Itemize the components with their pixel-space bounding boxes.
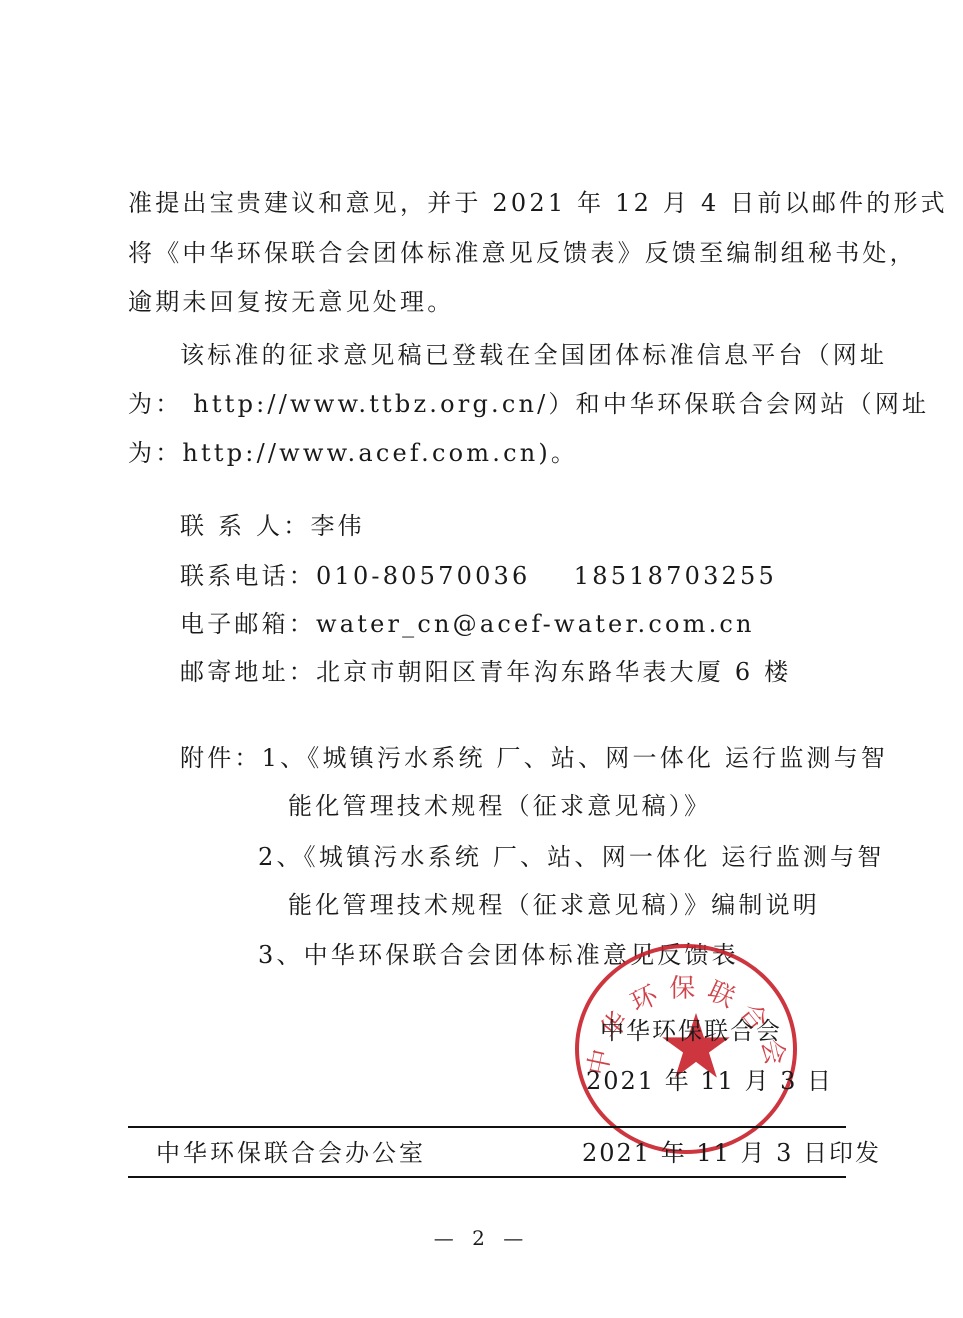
paragraph1-line3: 逾期未回复按无意见处理。 (128, 287, 454, 317)
paragraph1-line2: 将《中华环保联合会团体标准意见反馈表》反馈至编制组秘书处， (128, 238, 917, 268)
contact-person-row: 联 系 人：李伟 (180, 511, 365, 541)
attachment-item-1-line2: 能化管理技术规程（征求意见稿）》 (288, 791, 711, 821)
contact-person-value: 李伟 (310, 512, 364, 540)
footer-top-rule (128, 1126, 846, 1128)
footer-issuer: 中华环保联合会办公室 (156, 1138, 426, 1168)
contact-phone-value: 010-80570036 18518703255 (316, 562, 777, 590)
paragraph2-line3: 为：http://www.acef.com.cn)。 (128, 438, 578, 468)
contact-email-value: water_cn@acef-water.com.cn (316, 610, 755, 638)
contact-email-label: 电子邮箱： (180, 610, 316, 638)
contact-address-label: 邮寄地址： (180, 658, 316, 686)
footer-bottom-rule (128, 1176, 846, 1178)
contact-person-label: 联 系 人： (180, 512, 310, 540)
paragraph2-line1: 该标准的征求意见稿已登载在全国团体标准信息平台（网址 (180, 340, 887, 370)
footer-issue-date: 2021 年 11 月 3 日印发 (582, 1138, 881, 1168)
paragraph1-line1: 准提出宝贵建议和意见，并于 2021 年 12 月 4 日前以邮件的形式 (128, 188, 948, 218)
contact-phone-label: 联系电话： (180, 562, 316, 590)
attachment-1-title: 1、《城镇污水系统 厂、站、网一体化 运行监测与智 (262, 744, 889, 772)
signature-date: 2021 年 11 月 3 日 (586, 1066, 833, 1096)
contact-phone-row: 联系电话：010-80570036 18518703255 (180, 561, 777, 591)
paragraph2-line2: 为： http://www.ttbz.org.cn/）和中华环保联合会网站（网址 (128, 389, 929, 419)
attachments-label: 附件： (180, 744, 262, 772)
contact-address-row: 邮寄地址：北京市朝阳区青年沟东路华表大厦 6 楼 (180, 657, 791, 687)
attachment-item-1-line1: 附件：1、《城镇污水系统 厂、站、网一体化 运行监测与智 (180, 743, 888, 773)
attachment-item-2-line2: 能化管理技术规程（征求意见稿）》编制说明 (288, 890, 820, 920)
attachment-item-2-line1: 2、《城镇污水系统 厂、站、网一体化 运行监测与智 (258, 842, 885, 872)
contact-address-value: 北京市朝阳区青年沟东路华表大厦 6 楼 (316, 658, 791, 686)
signature-organization: 中华环保联合会 (600, 1016, 782, 1046)
page-number: — 2 — (0, 1226, 963, 1250)
contact-email-row: 电子邮箱：water_cn@acef-water.com.cn (180, 609, 755, 639)
